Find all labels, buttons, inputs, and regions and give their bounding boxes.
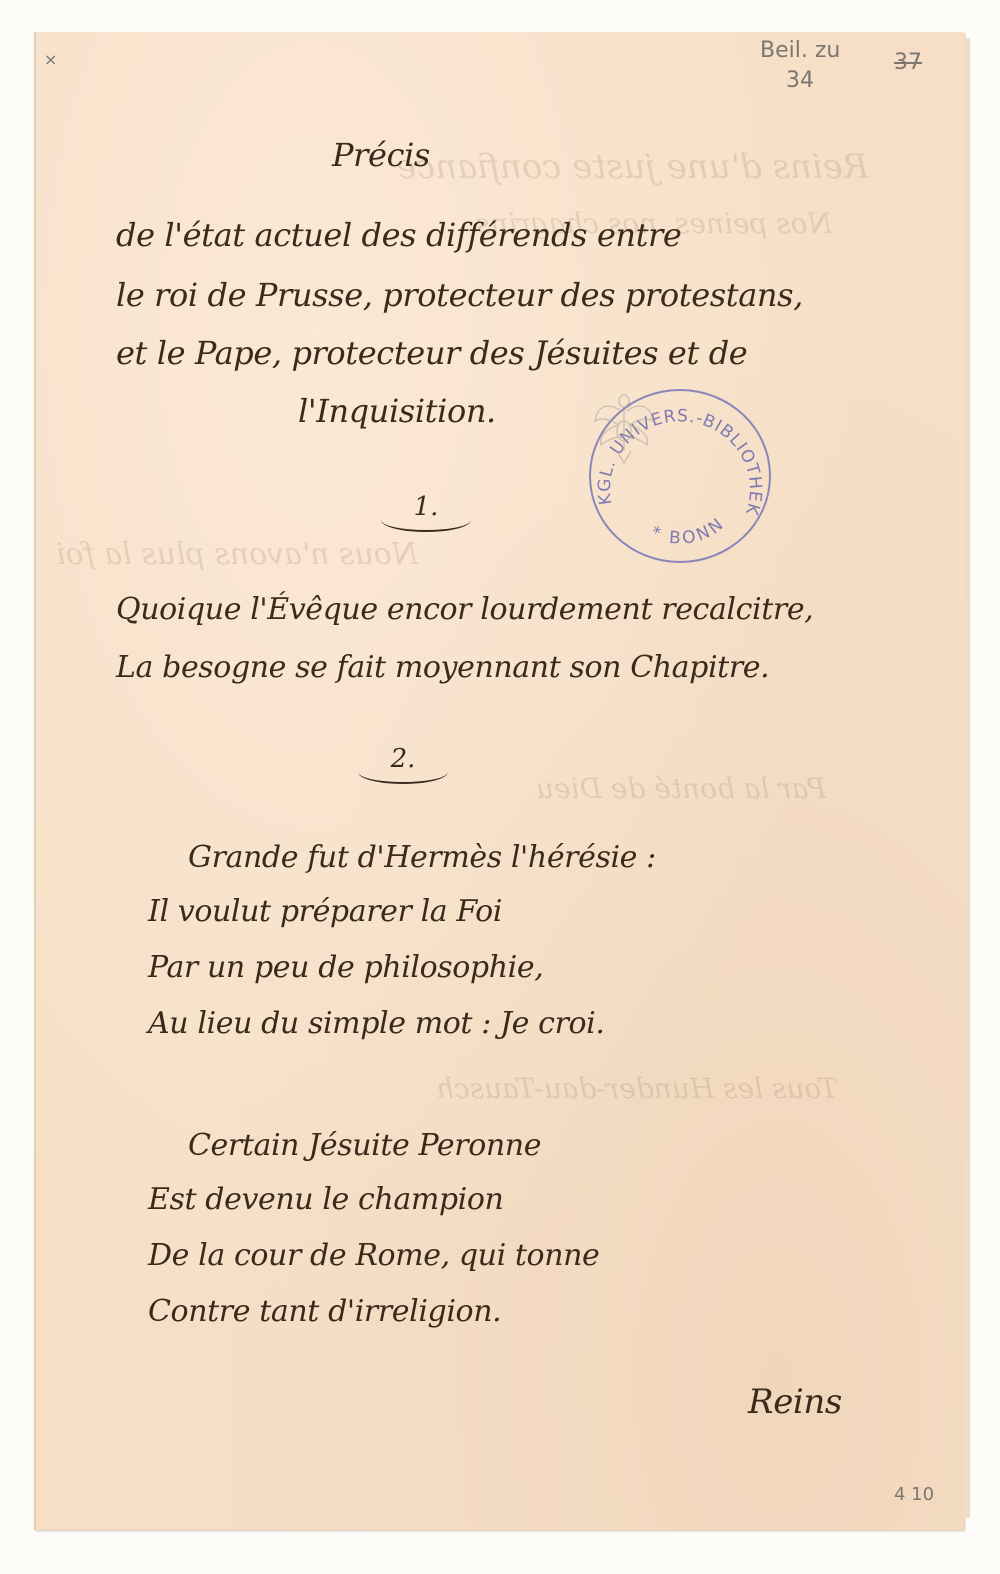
archival-label: Beil. zu (760, 38, 840, 63)
verse-line: Au lieu du simple mot : Je croi. (148, 1006, 605, 1041)
manuscript-page: Reins d'une juste confiance Nos peines, … (34, 32, 964, 1530)
bleed-through-line: Nous n'avons plus la foi (56, 537, 418, 572)
decorative-underline (358, 760, 448, 784)
bleed-through-line: Tous les Hunder-dau-Tausch (436, 1072, 838, 1105)
title-line: le roi de Prusse, protecteur des protest… (116, 276, 803, 314)
verse-line: Certain Jésuite Peronne (188, 1128, 541, 1163)
library-stamp: KGL. UNIVERS.-BIBLIOTHEK * BONN * (589, 389, 771, 563)
section-1-line: La besogne se fait moyennant son Chapitr… (116, 650, 769, 685)
verse-line: Contre tant d'irreligion. (148, 1294, 501, 1329)
signature: Reins (748, 1382, 842, 1422)
bleed-through-line: Reins d'une juste confiance (396, 147, 868, 187)
verse-line: Il voulut préparer la Foi (148, 894, 502, 929)
verse-line: Grande fut d'Hermès l'hérésie : (188, 840, 656, 875)
archival-bottom-note: 4 10 (894, 1484, 934, 1505)
verse-line: Est devenu le champion (148, 1182, 503, 1217)
verse-line: De la cour de Rome, qui tonne (148, 1238, 599, 1273)
decorative-underline (381, 508, 471, 532)
bleed-through-line: Par la bonté de Dieu (536, 772, 826, 805)
title-line: de l'état actuel des différends entre (116, 216, 681, 254)
section-1-line: Quoique l'Évêque encor lourdement recalc… (116, 592, 813, 627)
section-number: 1. (381, 492, 471, 522)
crossed-out-number: 37 (894, 50, 922, 75)
archival-number: 34 (786, 68, 814, 93)
section-number: 2. (358, 744, 448, 774)
verse-line: Par un peu de philosophie, (148, 950, 543, 985)
title-line: l'Inquisition. (298, 392, 496, 430)
archival-mark: × (44, 50, 57, 69)
title-line: et le Pape, protecteur des Jésuites et d… (116, 334, 747, 372)
document-heading: Précis (332, 136, 430, 174)
eagle-emblem-icon (591, 391, 657, 465)
